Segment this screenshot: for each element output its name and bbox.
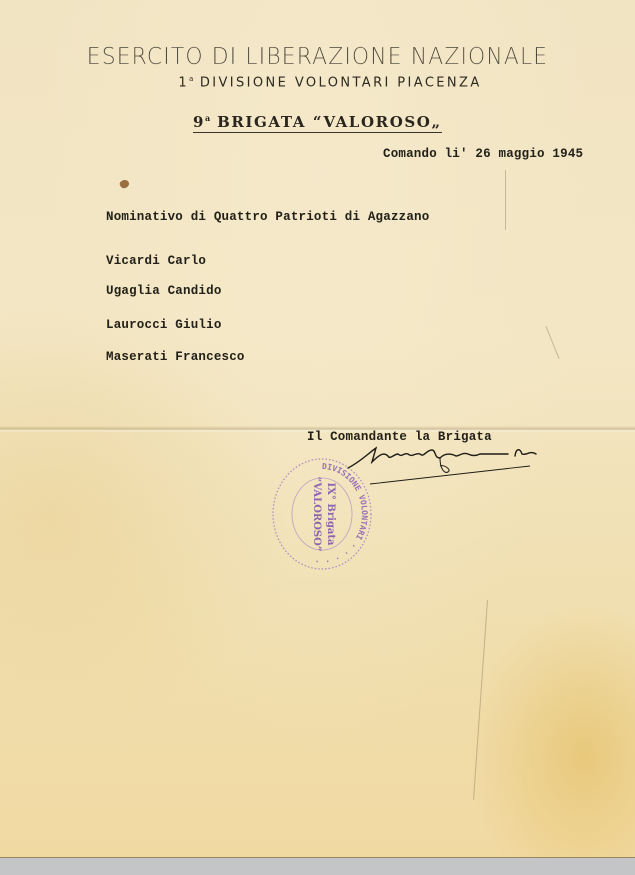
paper-crease: [545, 326, 559, 359]
division-name: DIVISIONE VOLONTARI PIACENZA: [200, 75, 482, 90]
subject-line: Nominativo di Quattro Patrioti di Agazza…: [106, 210, 429, 224]
letterhead-division: 1a DIVISIONE VOLONTARI PIACENZA: [0, 75, 635, 90]
letterhead-brigade: 9a BRIGATA “VALOROSO„: [193, 113, 442, 133]
ink-stain: [119, 178, 131, 189]
name-item: Ugaglia Candido: [106, 284, 222, 298]
division-superscript: a: [189, 75, 193, 83]
stamp-line-2: “VALOROSO”: [311, 476, 322, 551]
letterhead-organization: ESERCITO DI LIBERAZIONE NAZIONALE: [16, 44, 619, 70]
paper-crease: [473, 600, 488, 800]
brigade-superscript: a: [205, 113, 210, 123]
division-number: 1: [178, 75, 189, 90]
paper-crease: [505, 170, 506, 230]
date-line: Comando li' 26 maggio 1945: [383, 147, 583, 161]
name-item: Laurocci Giulio: [106, 318, 222, 332]
name-item: Maserati Francesco: [106, 350, 245, 364]
brigade-number: 9: [193, 113, 205, 131]
stamp-line-1: IX° Brigata: [325, 482, 336, 546]
brigade-name: BRIGATA “VALOROSO„: [217, 113, 442, 131]
document-page: ESERCITO DI LIBERAZIONE NAZIONALE 1a DIV…: [0, 0, 635, 858]
commander-signature-icon: [340, 440, 560, 490]
name-item: Vicardi Carlo: [106, 254, 206, 268]
